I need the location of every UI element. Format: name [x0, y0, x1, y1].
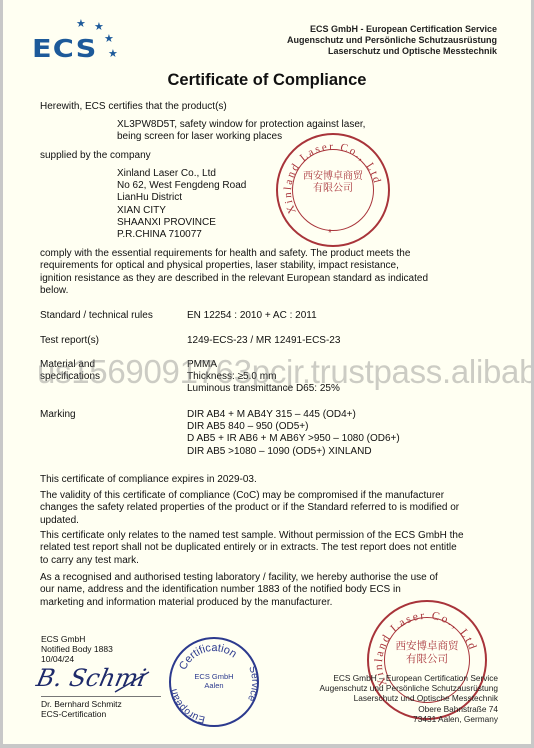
paragraph-line: ignition resistance as they are describe…: [40, 273, 510, 285]
footer-line: ECS GmbH – European Certification Servic…: [320, 673, 499, 683]
value-line: D AB5 + IR AB6 + M AB6Y >950 – 1080 (OD6…: [187, 433, 400, 445]
issuer-line: Laserschutz und Optische Messtechnik: [287, 46, 497, 57]
scope-paragraph: This certificate only relates to the nam…: [40, 530, 510, 567]
address-line: No 62, West Fengdeng Road: [117, 180, 246, 192]
marking-label: Marking: [40, 409, 76, 421]
intro-text: Herewith, ECS certifies that the product…: [40, 101, 227, 113]
standard-value: EN 12254 : 2010 + AC : 2011: [187, 310, 317, 322]
address-line: XIAN CITY: [117, 205, 246, 217]
value-line: Luminous transmittance D65: 25%: [187, 383, 340, 395]
star-icon: ★: [108, 49, 118, 60]
address-line: P.R.CHINA 710077: [117, 229, 246, 241]
issuer-line: ECS GmbH - European Certification Servic…: [287, 24, 497, 35]
value-line: Thickness: ≥5.0 mm: [187, 371, 340, 383]
signature-line: Notified Body 1883: [41, 644, 113, 654]
seal-star: *: [328, 228, 332, 239]
company-seal-stamp: Xinland Laser Co., Ltd 西安博卓商贸有限公司 *: [276, 133, 390, 247]
signatory: Dr. Bernhard Schmitz ECS-Certification: [41, 699, 122, 719]
paragraph-line: This certificate only relates to the nam…: [40, 530, 510, 542]
star-icon: ★: [94, 22, 104, 33]
standard-label: Standard / technical rules: [40, 310, 153, 322]
stamp-line: Aalen: [171, 681, 257, 690]
address-line: LianHu District: [117, 192, 246, 204]
validity-paragraph: The validity of this certificate of comp…: [40, 490, 510, 527]
value-line: DIR AB5 >1080 – 1090 (OD5+) XINLAND: [187, 446, 400, 458]
seal-chinese-text: 西安博卓商贸有限公司: [395, 640, 459, 665]
supplier-address: Xinland Laser Co., Ltd No 62, West Fengd…: [117, 168, 246, 241]
signature-line: ECS GmbH: [41, 634, 113, 644]
paragraph-line: to carry any test mark.: [40, 555, 510, 567]
star-icon: ★: [104, 34, 114, 45]
issuer-line: Augenschutz und Persönliche Schutzausrüs…: [287, 35, 497, 46]
label-line: Material and: [40, 359, 100, 371]
signature-header: ECS GmbH Notified Body 1883 10/04/24: [41, 634, 113, 664]
paragraph-line: comply with the essential requirements f…: [40, 248, 510, 260]
paragraph-line: requirements for optical and physical pr…: [40, 260, 510, 272]
stamp-center: ECS GmbH Aalen: [171, 672, 257, 690]
supplied-by-text: supplied by the company: [40, 150, 151, 162]
stamp-line: ECS GmbH: [171, 672, 257, 681]
paragraph-line: our name, address and the identification…: [40, 584, 510, 596]
svg-text:European: European: [171, 688, 206, 725]
paragraph-line: As a recognised and authorised testing l…: [40, 572, 510, 584]
ecs-official-stamp: Certification European Service ECS GmbH …: [169, 637, 259, 727]
svg-text:Certification: Certification: [177, 642, 239, 672]
address-line: Xinland Laser Co., Ltd: [117, 168, 246, 180]
product-line: XL3PW8D5T, safety window for protection …: [117, 119, 365, 131]
material-label: Material and specifications: [40, 359, 100, 383]
signature-line-rule: [41, 696, 161, 697]
seal-chinese-text: 西安博卓商贸有限公司: [302, 171, 364, 195]
value-line: PMMA: [187, 359, 340, 371]
signatory-name: Dr. Bernhard Schmitz: [41, 699, 122, 709]
logo-text: ECS: [32, 34, 97, 63]
signatory-title: ECS-Certification: [41, 709, 122, 719]
issuer-header: ECS GmbH - European Certification Servic…: [287, 24, 497, 57]
paragraph-line: changes the safety related properties of…: [40, 502, 510, 514]
issuer-footer: ECS GmbH – European Certification Servic…: [320, 673, 499, 724]
label-line: specifications: [40, 371, 100, 383]
signature-stroke: [113, 670, 153, 696]
expiry-text: This certificate of compliance expires i…: [40, 474, 510, 486]
footer-line: Laserschutz und Optische Messtechnik: [320, 693, 499, 703]
certificate-page: ★ ★ ★ ★ ECS ECS GmbH - European Certific…: [3, 0, 531, 744]
star-icon: ★: [76, 19, 86, 30]
paragraph-line: below.: [40, 285, 510, 297]
test-report-label: Test report(s): [40, 335, 99, 347]
footer-line: Obere Bahnstraße 74: [320, 704, 499, 714]
signature-line: 10/04/24: [41, 654, 113, 664]
material-value: PMMA Thickness: ≥5.0 mm Luminous transmi…: [187, 359, 340, 396]
footer-line: Augenschutz und Persönliche Schutzausrüs…: [320, 683, 499, 693]
value-line: DIR AB4 + M AB4Y 315 – 445 (OD4+): [187, 409, 400, 421]
ecs-logo: ★ ★ ★ ★ ECS: [29, 16, 129, 60]
compliance-paragraph: comply with the essential requirements f…: [40, 248, 510, 297]
paragraph-line: related test report shall not be duplica…: [40, 542, 510, 554]
document-title: Certificate of Compliance: [3, 71, 531, 90]
paragraph-line: updated.: [40, 515, 510, 527]
value-line: DIR AB5 840 – 950 (OD5+): [187, 421, 400, 433]
test-report-value: 1249-ECS-23 / MR 12491-ECS-23: [187, 335, 340, 347]
paragraph-line: The validity of this certificate of comp…: [40, 490, 510, 502]
footer-line: 73431 Aalen, Germany: [320, 714, 499, 724]
marking-value: DIR AB4 + M AB4Y 315 – 445 (OD4+) DIR AB…: [187, 409, 400, 458]
address-line: SHAANXI PROVINCE: [117, 217, 246, 229]
